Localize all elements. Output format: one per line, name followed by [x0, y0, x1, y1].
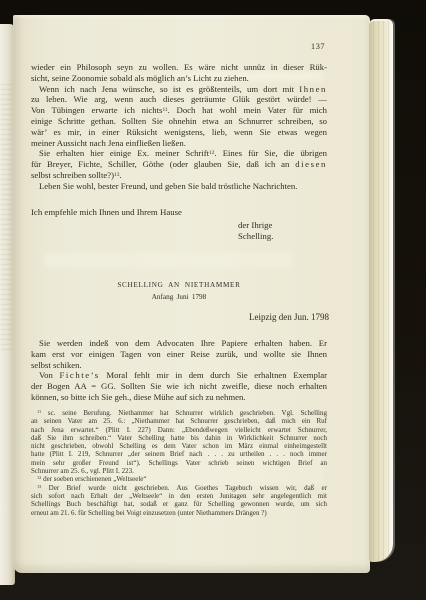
text-line: 11 sc. seine Berufung. Niethammer hat Sc…: [31, 409, 327, 417]
text-line: zu leben. Wie arg, wenn auch dieses getr…: [31, 94, 327, 105]
text-line: 12 der soeben erschienenen „Weltseele“: [31, 475, 327, 483]
text-line: wieder ein Philosoph seyn zu wollen. Es …: [31, 62, 327, 73]
text-line: hatte (Plitt I. 219, Schnurrer „der sein…: [31, 450, 327, 458]
letter2-body: Sie werden indeß von dem Advocaten Ihre …: [31, 338, 327, 403]
text-line: Schnurrer am 25. 6., vgl. Plitt I. 223.: [31, 467, 327, 475]
text-line: sich sofort nach Erhalt der „Weltseele“ …: [31, 492, 327, 500]
text-line: Von Tübingen erwarte ich nichts11. Doch …: [31, 105, 327, 116]
text-line: können, so bitte ich Sie geh., diese Müh…: [31, 392, 327, 403]
text-line: erneut am 21. 6. für Schelling bei Voigt…: [31, 509, 327, 517]
text-line: wär’ es mir, in einer Rüksicht wenigsten…: [31, 127, 327, 138]
book-fore-edge: [369, 19, 393, 562]
text-line: Schellings Buch beschäftigt hat, sodaß e…: [31, 500, 327, 508]
book-page: 137 wieder ein Philosoph seyn zu wollen.…: [13, 15, 370, 573]
signature-role: der Ihrige: [238, 220, 273, 231]
text-line: für Breyer, Fichte, Schiller, Göthe (ode…: [31, 159, 327, 170]
text-line: Von Fichte’s Moral fehlt mir in dem durc…: [31, 370, 327, 381]
scan-artifact: [43, 253, 293, 267]
text-line: nach Jena erwartet.“ (Plitt I. 227) Dann…: [31, 426, 327, 434]
text-line: kam erst vor einigen Tagen von einer Rei…: [31, 349, 327, 360]
text-line: mein sehr großer Freund ist“). Schelling…: [31, 459, 327, 467]
text-line: selbst schreiben sollte?)13.: [31, 170, 327, 181]
text-line: einige Schritte gethan. Sollten Sie ohne…: [31, 116, 327, 127]
text-line: an seinen Vater am 25. 6.: „Niethammer h…: [31, 417, 327, 425]
text-line: meiner Aussicht nach Jena einfließen lie…: [31, 138, 327, 149]
text-line: der Bogen AA = GG. Sollten Sie wie ich n…: [31, 381, 327, 392]
text-line: nicht geschrieben, obwohl Schelling es d…: [31, 442, 327, 450]
text-line: Leben Sie wohl, bester Freund, und geben…: [31, 181, 327, 192]
text-line: daß Sie ihm schreiben.“ Vater Schelling …: [31, 434, 327, 442]
letter1-closing: Ich empfehle mich Ihnen und Ihrem Hause: [31, 207, 182, 217]
letter2-dateline: Leipzig den Jun. 1798: [31, 312, 329, 322]
page-number: 137: [31, 41, 325, 51]
text-line: 13 Der Brief wurde nicht geschrieben. Au…: [31, 484, 327, 492]
book-scan: 137 wieder ein Philosoph seyn zu wollen.…: [0, 0, 426, 600]
text-line: Wenn ich nach Jena wünsche, so ist es gr…: [31, 84, 327, 95]
letter1-signature: der Ihrige Schelling.: [238, 220, 273, 243]
letter1-body: wieder ein Philosoph seyn zu wollen. Es …: [31, 62, 327, 192]
letter2-subheading: Anfang Juni 1798: [31, 293, 327, 301]
text-line: Sie werden indeß von dem Advocaten Ihre …: [31, 338, 327, 349]
text-line: selbst schiken.: [31, 360, 327, 371]
letter2-heading: SCHELLING AN NIETHAMMER: [31, 281, 327, 289]
text-line: sicht, seine Zoonomie sobald als möglich…: [31, 73, 327, 84]
signature-name: Schelling.: [238, 231, 273, 242]
footnotes: 11 sc. seine Berufung. Niethammer hat Sc…: [31, 409, 327, 517]
text-line: Sie erhalten hier einige Ex. meiner Schr…: [31, 148, 327, 159]
